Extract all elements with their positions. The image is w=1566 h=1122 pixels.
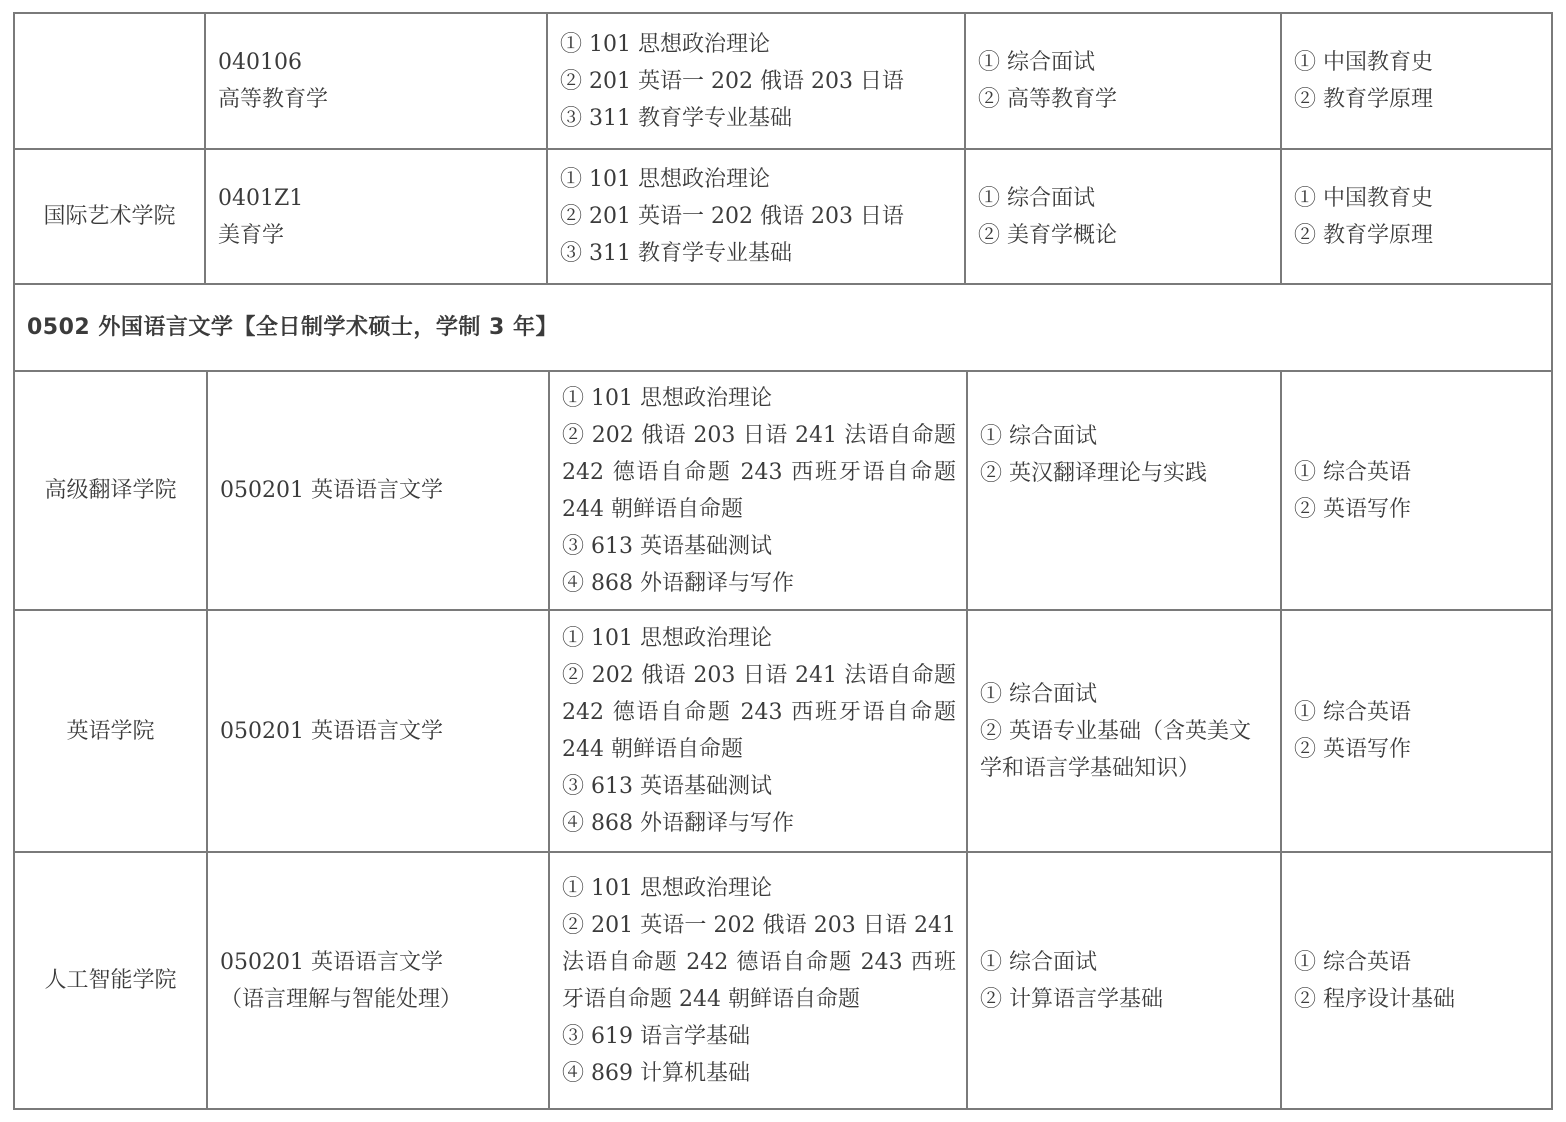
- exam-subject: ② 201 英语一 202 俄语 203 日语: [560, 198, 954, 235]
- written-subjects-cell: ① 综合英语 ② 英语写作: [1281, 371, 1552, 610]
- exam-subject: ③ 613 英语基础测试: [562, 768, 956, 805]
- written-subjects-cell: ① 综合英语 ② 英语写作: [1281, 610, 1552, 852]
- college-name: 高级翻译学院: [44, 478, 176, 503]
- college-name: 人工智能学院: [44, 968, 176, 993]
- major-name: 050201 英语语言文学: [220, 713, 548, 750]
- exam-subject: ① 101 思想政治理论: [562, 380, 956, 417]
- interview-subject: ② 英汉翻译理论与实践: [980, 455, 1280, 492]
- exam-subject: ② 201 英语一 202 俄语 203 日语: [560, 63, 954, 100]
- written-subjects-cell: ① 中国教育史 ② 教育学原理: [1281, 149, 1552, 284]
- exam-subjects-cell: ① 101 思想政治理论 ② 202 俄语 203 日语 241 法语自命题 2…: [549, 371, 967, 610]
- college-cell: 国际艺术学院: [14, 149, 205, 284]
- interview-subject: ② 计算语言学基础: [980, 981, 1280, 1018]
- admission-catalog-page: 040106 高等教育学 ① 101 思想政治理论 ② 201 英语一 202 …: [0, 0, 1566, 1122]
- foreign-languages-table: 0502 外国语言文学【全日制学术硕士，学制 3 年】 高级翻译学院 05020…: [13, 283, 1553, 1110]
- table-row: 高级翻译学院 050201 英语语言文学 ① 101 思想政治理论 ② 202 …: [14, 371, 1552, 610]
- interview-subject: ② 美育学概论: [978, 217, 1280, 254]
- interview-subject: ② 高等教育学: [978, 81, 1280, 118]
- major-cell: 050201 英语语言文学 （语言理解与智能处理）: [207, 852, 549, 1109]
- exam-subject: ② 201 英语一 202 俄语 203 日语 241 法语自命题 242 德语…: [562, 907, 956, 1018]
- table-row: 国际艺术学院 0401Z1 美育学 ① 101 思想政治理论 ② 201 英语一…: [14, 149, 1552, 284]
- table-row: 英语学院 050201 英语语言文学 ① 101 思想政治理论 ② 202 俄语…: [14, 610, 1552, 852]
- college-cell: [14, 13, 205, 149]
- exam-subjects-cell: ① 101 思想政治理论 ② 201 英语一 202 俄语 203 日语 241…: [549, 852, 967, 1109]
- major-name: 美育学: [218, 217, 546, 254]
- exam-subject: ③ 311 教育学专业基础: [560, 100, 954, 137]
- interview-subject: ② 英语专业基础（含英美文学和语言学基础知识）: [980, 713, 1272, 787]
- written-subject: ② 教育学原理: [1294, 81, 1551, 118]
- interview-subject: ① 综合面试: [978, 180, 1280, 217]
- major-name: 050201 英语语言文学: [220, 944, 548, 981]
- major-cell: 0401Z1 美育学: [205, 149, 547, 284]
- exam-subject: ④ 868 外语翻译与写作: [562, 805, 956, 842]
- college-name: 国际艺术学院: [43, 204, 175, 229]
- college-cell: 人工智能学院: [14, 852, 207, 1109]
- written-subject: ① 中国教育史: [1294, 180, 1551, 217]
- interview-subjects-cell: ① 综合面试 ② 高等教育学: [965, 13, 1281, 149]
- exam-subject: ① 101 思想政治理论: [562, 870, 956, 907]
- written-subject: ① 综合英语: [1294, 944, 1551, 981]
- written-subject: ② 教育学原理: [1294, 217, 1551, 254]
- major-name: 050201 英语语言文学: [220, 472, 548, 509]
- section-header-row: 0502 外国语言文学【全日制学术硕士，学制 3 年】: [14, 284, 1552, 371]
- major-code: 0401Z1: [218, 180, 546, 217]
- table-row: 人工智能学院 050201 英语语言文学 （语言理解与智能处理） ① 101 思…: [14, 852, 1552, 1109]
- written-subjects-cell: ① 综合英语 ② 程序设计基础: [1281, 852, 1552, 1109]
- written-subject: ② 程序设计基础: [1294, 981, 1551, 1018]
- table-row: 040106 高等教育学 ① 101 思想政治理论 ② 201 英语一 202 …: [14, 13, 1552, 149]
- interview-subject: ① 综合面试: [980, 676, 1272, 713]
- college-name: 英语学院: [66, 719, 154, 744]
- college-cell: 高级翻译学院: [14, 371, 207, 610]
- exam-subjects-cell: ① 101 思想政治理论 ② 201 英语一 202 俄语 203 日语 ③ 3…: [547, 13, 965, 149]
- interview-subject: ① 综合面试: [980, 418, 1280, 455]
- exam-subject: ① 101 思想政治理论: [560, 26, 954, 63]
- education-programs-table: 040106 高等教育学 ① 101 思想政治理论 ② 201 英语一 202 …: [13, 12, 1553, 285]
- interview-subject: ① 综合面试: [978, 44, 1280, 81]
- exam-subject: ④ 869 计算机基础: [562, 1055, 956, 1092]
- major-name: 高等教育学: [218, 81, 546, 118]
- exam-subject: ② 202 俄语 203 日语 241 法语自命题 242 德语自命题 243 …: [562, 657, 956, 768]
- major-cell: 050201 英语语言文学: [207, 610, 549, 852]
- exam-subjects-cell: ① 101 思想政治理论 ② 202 俄语 203 日语 241 法语自命题 2…: [549, 610, 967, 852]
- exam-subject: ③ 613 英语基础测试: [562, 528, 956, 565]
- written-subject: ② 英语写作: [1294, 731, 1551, 768]
- interview-subjects-cell: ① 综合面试 ② 英语专业基础（含英美文学和语言学基础知识）: [967, 610, 1281, 852]
- written-subject: ② 英语写作: [1294, 491, 1551, 528]
- exam-subject: ④ 868 外语翻译与写作: [562, 565, 956, 602]
- exam-subject: ③ 311 教育学专业基础: [560, 235, 954, 272]
- exam-subject: ② 202 俄语 203 日语 241 法语自命题 242 德语自命题 243 …: [562, 417, 956, 528]
- interview-subjects-cell: ① 综合面试 ② 美育学概论: [965, 149, 1281, 284]
- interview-subjects-cell: ① 综合面试 ② 计算语言学基础: [967, 852, 1281, 1109]
- written-subject: ① 中国教育史: [1294, 44, 1551, 81]
- college-cell: 英语学院: [14, 610, 207, 852]
- major-code: 040106: [218, 44, 546, 81]
- exam-subject: ③ 619 语言学基础: [562, 1018, 956, 1055]
- written-subject: ① 综合英语: [1294, 454, 1551, 491]
- exam-subject: ① 101 思想政治理论: [560, 161, 954, 198]
- exam-subjects-cell: ① 101 思想政治理论 ② 201 英语一 202 俄语 203 日语 ③ 3…: [547, 149, 965, 284]
- interview-subject: ① 综合面试: [980, 944, 1280, 981]
- major-note: （语言理解与智能处理）: [220, 981, 548, 1018]
- written-subject: ① 综合英语: [1294, 694, 1551, 731]
- written-subjects-cell: ① 中国教育史 ② 教育学原理: [1281, 13, 1552, 149]
- exam-subject: ① 101 思想政治理论: [562, 620, 956, 657]
- major-cell: 050201 英语语言文学: [207, 371, 549, 610]
- major-cell: 040106 高等教育学: [205, 13, 547, 149]
- section-title: 0502 外国语言文学【全日制学术硕士，学制 3 年】: [14, 284, 1552, 371]
- interview-subjects-cell: ① 综合面试 ② 英汉翻译理论与实践: [967, 371, 1281, 610]
